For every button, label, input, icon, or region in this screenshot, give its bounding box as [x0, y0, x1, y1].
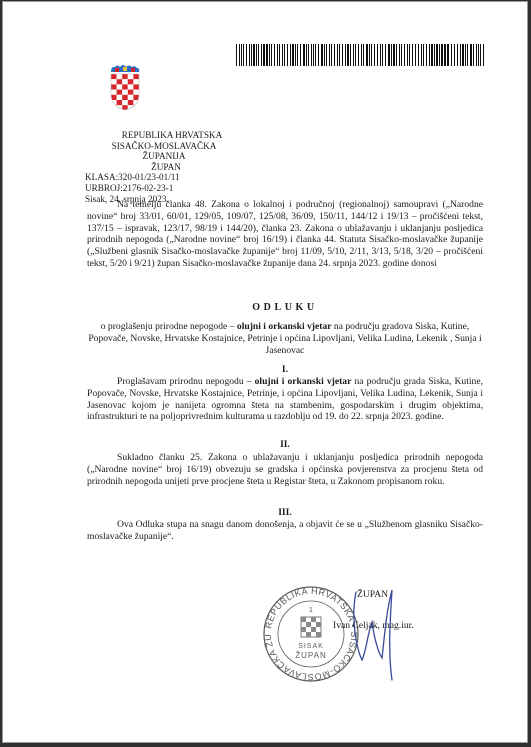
- urbroj: URBROJ:2176-02-23-1: [85, 183, 245, 194]
- issuer-header: REPUBLIKA HRVATSKA SISAČKO-MOSLAVAČKA ŽU…: [85, 130, 245, 204]
- section-2-text: Sukladno članku 25. Zakona o ublažavanju…: [87, 452, 483, 487]
- document-subtitle: o proglašenju prirodne nepogode – olujni…: [87, 321, 483, 357]
- section-1-text: Proglašavam prirodnu nepogodu – olujni i…: [87, 376, 483, 423]
- croatian-coat-of-arms-icon: [107, 62, 143, 112]
- klasa: KLASA:320-01/23-01/11: [85, 172, 245, 183]
- office-name: ŽUPAN: [85, 162, 239, 173]
- svg-text:ŽUPAN: ŽUPAN: [295, 651, 327, 660]
- barcode: [236, 44, 486, 66]
- document-page: REPUBLIKA HRVATSKA SISAČKO-MOSLAVAČKA ŽU…: [2, 1, 528, 743]
- country-name: REPUBLIKA HRVATSKA: [85, 130, 245, 141]
- official-stamp-icon: REPUBLIKA HRVATSKA • SISAČKO-MOSLAVAČKA …: [261, 584, 361, 684]
- section-2-number: II.: [87, 439, 483, 450]
- svg-text:1: 1: [309, 607, 313, 614]
- section-1-number: I.: [87, 364, 483, 375]
- document-title: ODLUKU: [87, 302, 483, 313]
- section-3-text: Ova Odluka stupa na snagu danom donošenj…: [87, 519, 483, 543]
- handwritten-signature-icon: [348, 582, 398, 682]
- preamble: Na temelju članka 48. Zakona o lokalnoj …: [87, 199, 483, 270]
- svg-text:SISAK: SISAK: [298, 643, 324, 650]
- section-3-number: III.: [87, 507, 483, 518]
- county-name: SISAČKO-MOSLAVAČKA ŽUPANIJA: [85, 141, 237, 162]
